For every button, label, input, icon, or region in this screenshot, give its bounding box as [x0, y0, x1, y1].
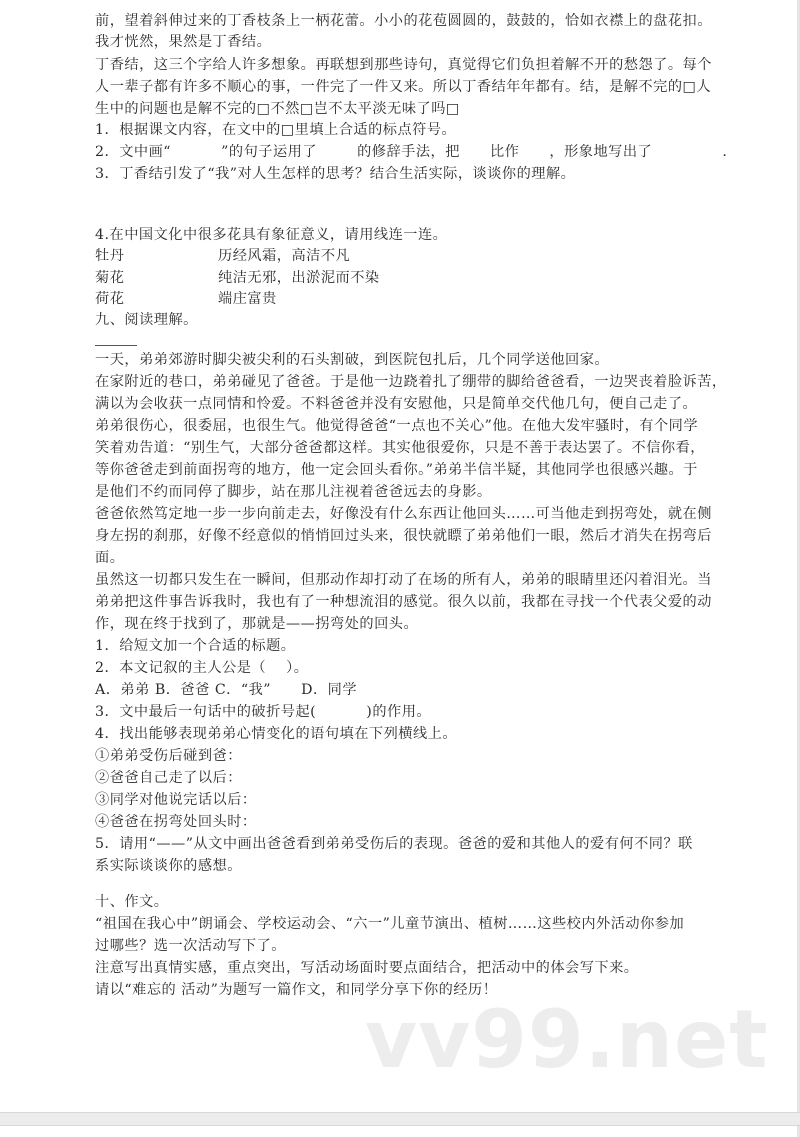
question-line: 3．丁香结引发了“我”对人生怎样的思考？结合生活实际，谈谈你的理解。: [95, 165, 575, 183]
sub-question: ②爸爸自己走了以后：: [95, 769, 242, 787]
sub-question: ④爸爸在拐弯处回头时：: [95, 813, 257, 831]
section-heading-9: 九、阅读理解。: [95, 311, 198, 329]
passage-line: 是他们不约而同停了脚步，站在那儿注视着爸爸远去的身影。: [95, 483, 492, 501]
sub-question: ①弟弟受伤后碰到爸：: [95, 747, 242, 765]
question-line: 1．根据课文内容，在文中的□里填上合适的标点符号。: [95, 121, 456, 139]
matching-left-item: 荷花: [95, 290, 124, 308]
question-line: 2．本文记叙的主人公是（ ）。: [95, 659, 308, 677]
matching-right-item: 历经风霜，高洁不凡: [218, 247, 350, 265]
passage-line: 爸爸依然笃定地一步一步向前走去，好像没有什么东西让他回头……可当他走到拐弯处，就…: [95, 505, 712, 523]
passage-line: 我才恍然，果然是丁香结。: [95, 33, 271, 51]
passage-line: 满以为会收获一点同情和怜爱。不料爸爸并没有安慰他，只是简单交代他几句，便自己走了…: [95, 395, 697, 413]
question-line: 3．文中最后一句话中的破折号起( )的作用。: [95, 703, 431, 721]
passage-line: 在家附近的巷口，弟弟碰见了爸爸。于是他一边跷着扎了绷带的脚给爸爸看，一边哭丧着脸…: [95, 373, 727, 391]
matching-right-item: 纯洁无邪，出淤泥而不染: [218, 269, 380, 287]
passage-line: 身左拐的刹那，好像不经意似的悄悄回过头来，很快就瞟了弟弟他们一眼，然后才消失在拐…: [95, 527, 712, 545]
passage-line: 丁香结，这三个字给人许多想象。再联想到那些诗句，真觉得它们负担着解不开的愁怨了。…: [95, 56, 712, 74]
question-line: 2．文中画“ ”的句子运用了 的修辞手法，把 比作 ，形象地写出了 .: [95, 143, 727, 161]
passage-line: 生中的问题也是解不完的□不然□岂不太平淡无味了吗□: [95, 100, 460, 118]
passage-line: 虽然这一切都只发生在一瞬间，但那动作却打动了在场的所有人，弟弟的眼睛里还闪着泪光…: [95, 571, 712, 589]
question-line: 系实际谈谈你的感想。: [95, 857, 242, 875]
essay-prompt-line: 过哪些？选一次活动写下了。: [95, 937, 286, 955]
section-heading-10: 十、作文。: [95, 893, 168, 911]
passage-line: 等你爸爸走到前面拐弯的地方，他一定会回头看你。”弟弟半信半疑，其他同学也很感兴趣…: [95, 461, 698, 479]
passage-line: 弟弟把这件事告诉我时，我也有了一种想流泪的感觉。很久以前，我都在寻找一个代表父爱…: [95, 593, 712, 611]
document-page: 前，望着斜伸过来的丁香枝条上一柄花蕾。小小的花苞圆圆的，鼓鼓的，恰如衣襟上的盘花…: [0, 0, 797, 1113]
title-blank-rule: [95, 345, 137, 346]
essay-prompt-line: “祖国在我心中”朗诵会、学校运动会、“六一”儿童节演出、植树……这些校内外活动你…: [95, 915, 684, 933]
answer-options: A．弟弟 B．爸爸 C．“我” D．同学: [95, 681, 357, 699]
question-line: 5．请用“——”从文中画出爸爸看到弟弟受伤后的表现。爸爸的爱和其他人的爱有何不同…: [95, 835, 693, 853]
matching-left-item: 菊花: [95, 269, 124, 287]
passage-line: 面。: [95, 549, 124, 567]
passage-line: 作，现在终于找到了，那就是——拐弯处的回头。: [95, 615, 418, 633]
matching-right-item: 端庄富贵: [218, 290, 277, 308]
watermark: vv99.net: [365, 1000, 768, 1080]
passage-line: 一天，弟弟郊游时脚尖被尖利的石头割破，到医院包扎后，几个同学送他回家。: [95, 351, 609, 369]
passage-line: 笑着劝告道：“别生气，大部分爸爸都这样。其实他很爱你，只是不善于表达罢了。不信你…: [95, 439, 705, 457]
sub-question: ③同学对他说完话以后：: [95, 791, 257, 809]
passage-line: 前，望着斜伸过来的丁香枝条上一柄花蕾。小小的花苞圆圆的，鼓鼓的，恰如衣襟上的盘花…: [95, 12, 712, 30]
essay-prompt-line: 注意写出真情实感，重点突出，写活动场面时要点面结合，把活动中的体会写下来。: [95, 959, 638, 977]
passage-line: 弟弟很伤心，很委屈，也很生气。他觉得爸爸“一点也不关心”他。在他大发牢骚时，有个…: [95, 417, 698, 435]
page-separator: [0, 1112, 800, 1126]
question-line: 1．给短文加一个合适的标题。: [95, 637, 295, 655]
passage-line: 人一辈子都有许多不顺心的事，一件完了一件又来。所以丁香结年年都有。结，是解不完的…: [95, 78, 711, 96]
matching-left-item: 牡丹: [95, 247, 124, 265]
question-line: 4．找出能够表现弟弟心情变化的语句填在下列横线上。: [95, 725, 457, 743]
matching-prompt: 4.在中国文化中很多花具有象征意义，请用线连一连。: [95, 226, 447, 244]
